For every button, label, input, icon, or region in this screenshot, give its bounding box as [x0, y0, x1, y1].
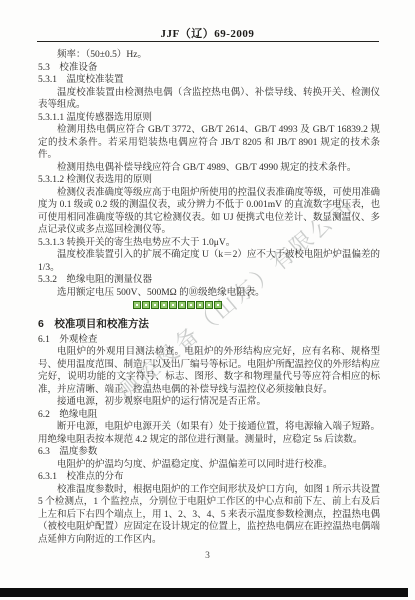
green-box: [160, 301, 168, 309]
green-box: [187, 301, 195, 309]
green-box: [142, 301, 150, 309]
section-heading-6-3-1: 6.3.1 校准点的分布: [38, 471, 380, 484]
document-page: 测控设备（山东）有限公司 JJF（辽）69-2009 频率：（50±0.5）Hz…: [0, 0, 415, 600]
section-heading-5-3-1: 5.3.1 温度校准装置: [38, 74, 380, 87]
green-box: [196, 301, 204, 309]
paragraph: 选用额定电压 500V、500MΩ 的⑩级绝缘电阻表。: [38, 287, 380, 300]
green-box: [205, 301, 213, 309]
section-heading-5-3-2: 5.3.2 绝缘电阻的测量仪器: [38, 274, 380, 287]
paragraph: 断开电源，电阻炉电源开关（如果有）处于接通位置，将电源输入端子短路。用绝缘电阻表…: [38, 421, 380, 446]
chapter-heading-6: 6 校准项目和校准方法: [38, 318, 380, 331]
section-heading-5-3-1-2: 5.3.1.2 检测仪表选用的原则: [38, 174, 380, 187]
paragraph: 检测用热电偶应符合 GB/T 3772、GB/T 2614、GB/T 4993 …: [38, 124, 380, 162]
green-box: [169, 301, 177, 309]
section-heading-6-3: 6.3 温度参数: [38, 446, 380, 459]
section-heading-5-3-1-3: 5.3.1.3 转换开关的寄生热电势应不大于 1.0μV。: [38, 237, 380, 250]
standard-code-header: JJF（辽）69-2009: [0, 25, 415, 41]
paragraph: 接通电源，初步观察电阻炉的运行情况是否正常。: [38, 396, 380, 409]
page-number: 3: [0, 551, 415, 561]
paragraph: 检测仪表准确度等级应高于电阻炉所使用的控温仪表准确度等级，可使用准确度为 0.1…: [38, 187, 380, 237]
green-box: [178, 301, 186, 309]
section-heading-5-3-1-1: 5.3.1.1 温度传感器选用原则: [38, 112, 380, 125]
section-heading-6-2: 6.2 绝缘电阻: [38, 409, 380, 422]
paragraph: 温度校准装置引入的扩展不确定度 U（k＝2）应不大于被校电阻炉炉温偏差的 1/3…: [38, 249, 380, 274]
section-heading-5-3: 5.3 校准设备: [38, 62, 380, 75]
paragraph: 电阻炉的炉温均匀度、炉温稳定度、炉温偏差可以同时进行校准。: [38, 459, 380, 472]
header-rule: [37, 41, 379, 42]
green-box: [151, 301, 159, 309]
paragraph: 电阻炉的外观用目测法检查。电阻炉的外形结构应完好，应有名称、规格型号、使用温度范…: [38, 346, 380, 396]
paragraph: 校准温度参数时，根据电阻炉的工作空间形状及炉口方向，如图 1 所示共设置 5 个…: [38, 484, 380, 547]
section-heading-6-1: 6.1 外观检查: [38, 334, 380, 347]
paragraph: 温度校准装置由检测热电偶（含监控热电偶）、补偿导线、转换开关、检测仪表等组成。: [38, 87, 380, 112]
paragraph: 检测用热电偶补偿导线应符合 GB/T 4989、GB/T 4990 规定的技术条…: [38, 162, 380, 175]
green-highlight-boxes: [133, 301, 380, 311]
green-box: [214, 301, 222, 309]
scan-artifact-bar: [0, 588, 408, 597]
paragraph-frequency: 频率：（50±0.5）Hz。: [38, 49, 380, 62]
green-box: [133, 301, 141, 309]
document-body: 频率：（50±0.5）Hz。 5.3 校准设备 5.3.1 温度校准装置 温度校…: [38, 49, 380, 546]
